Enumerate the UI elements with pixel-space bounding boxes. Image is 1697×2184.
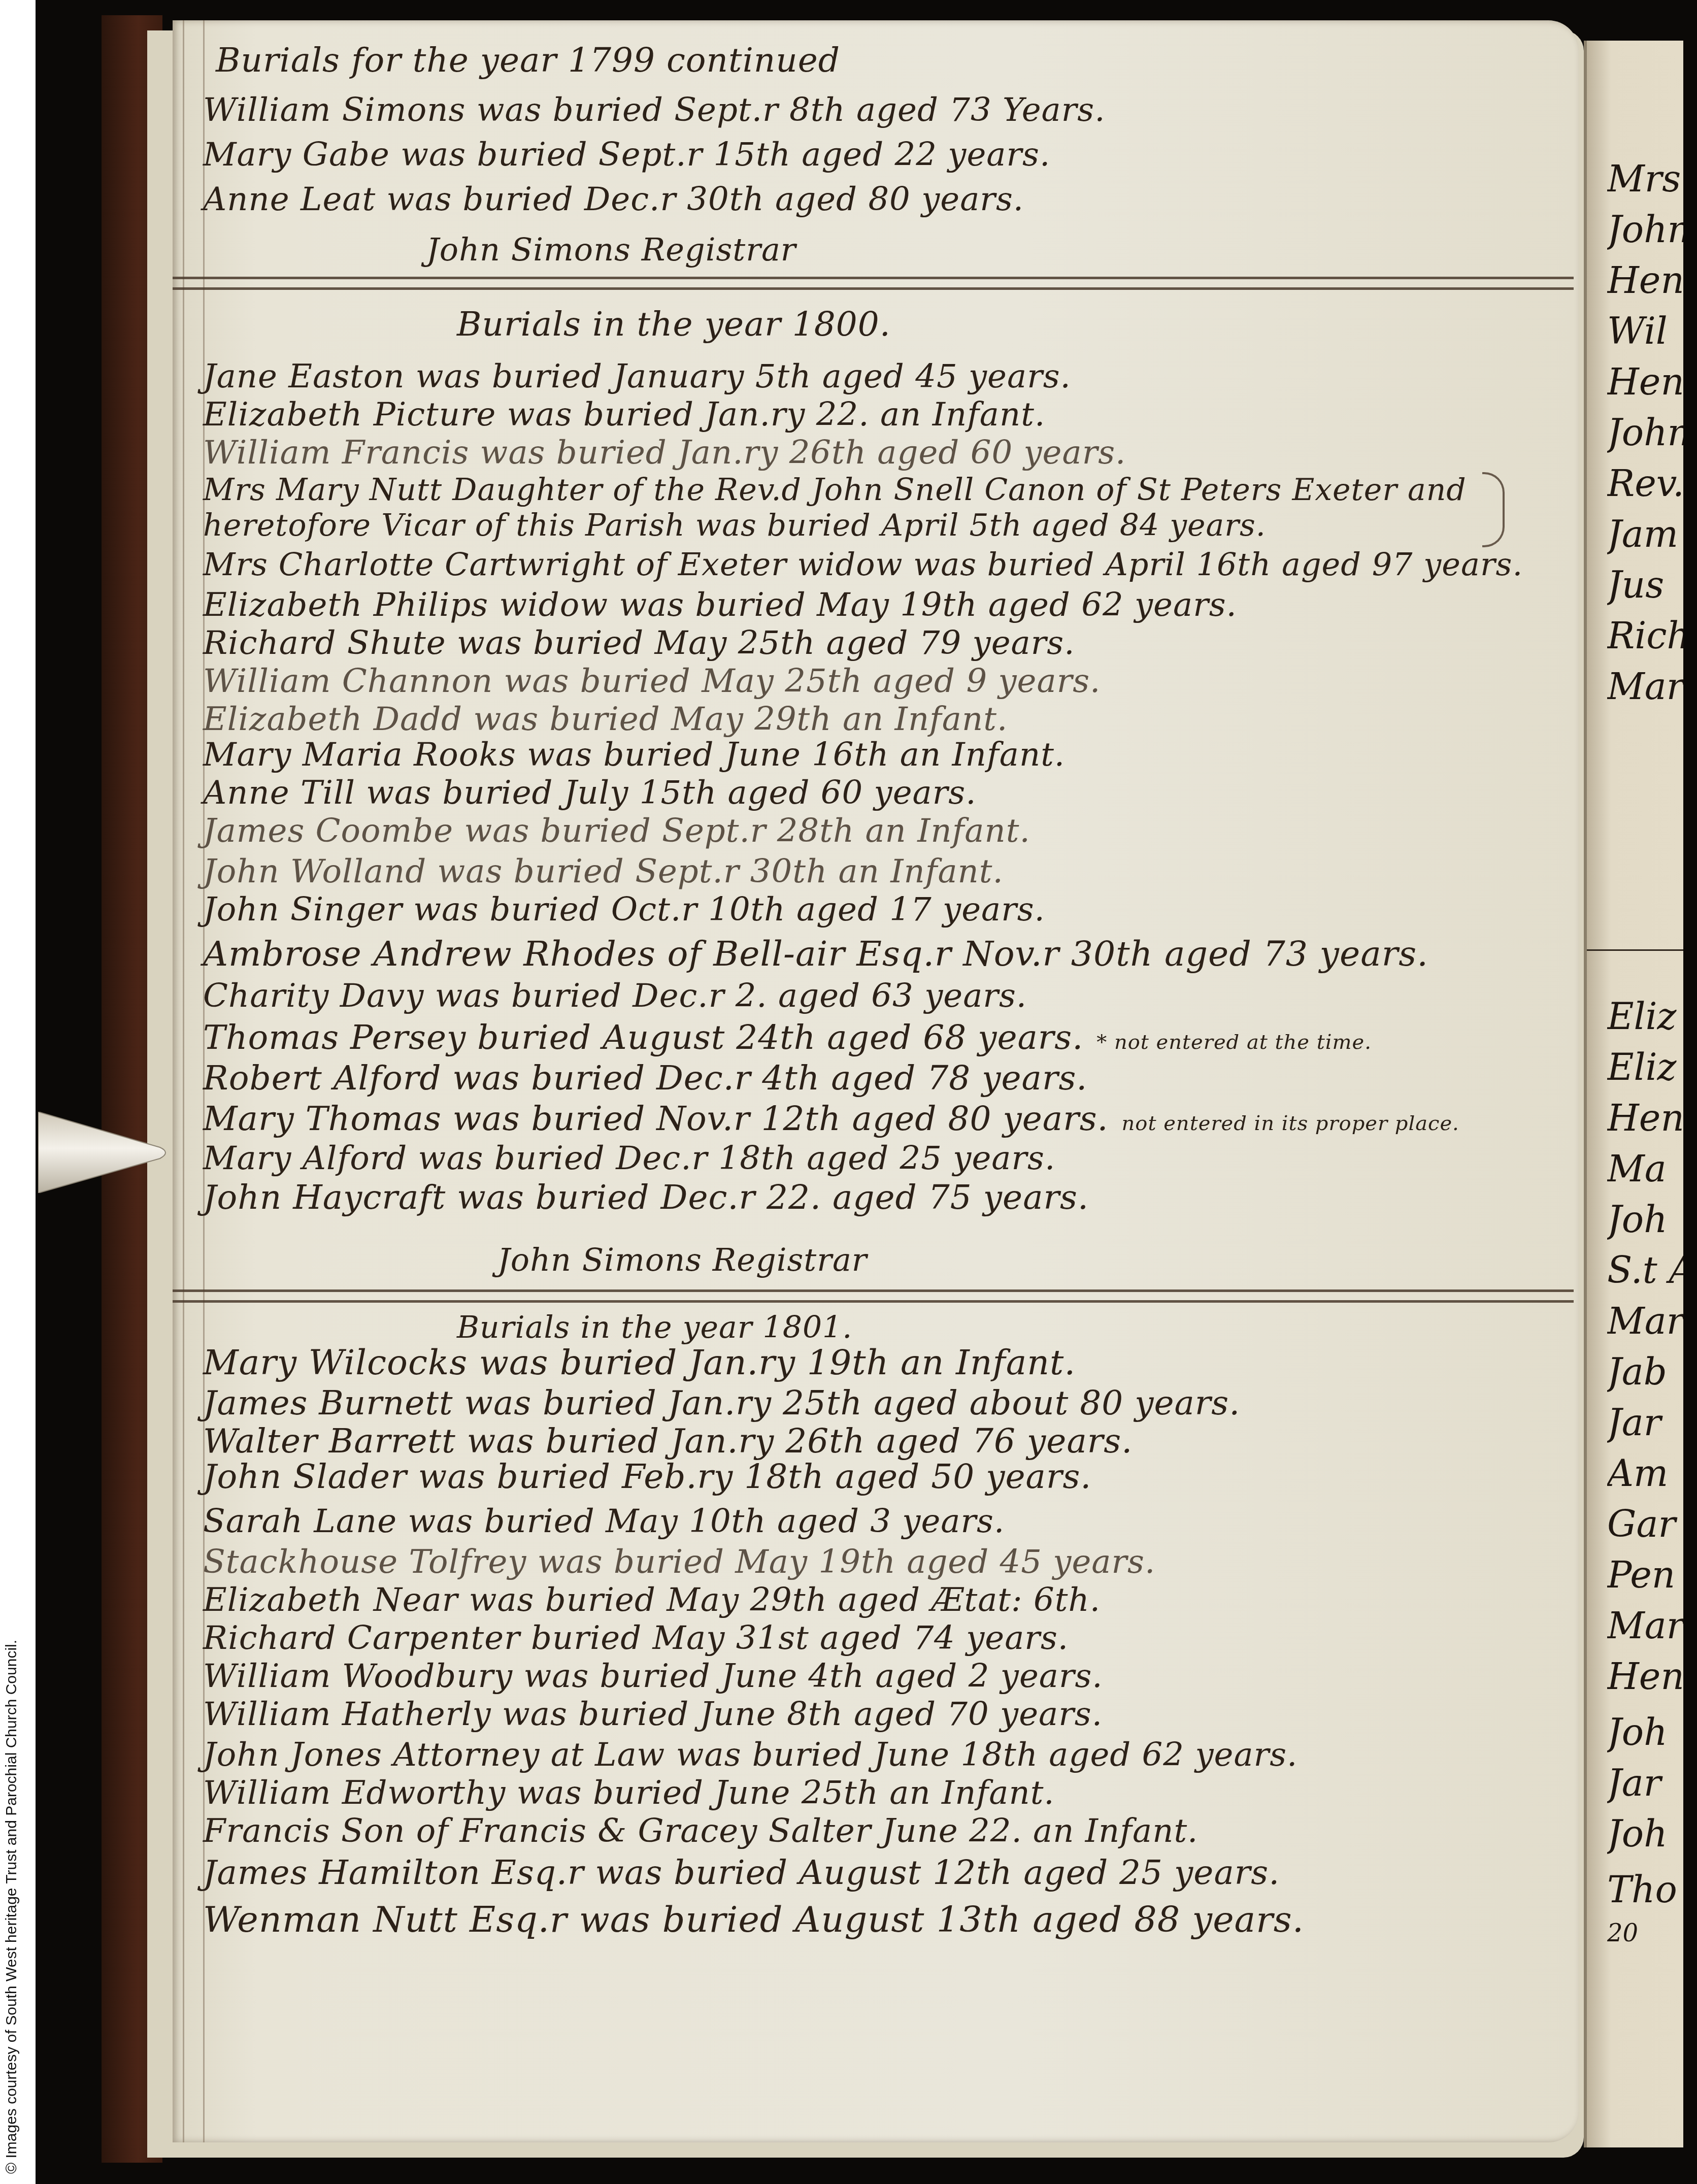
burial-entry-continued: heretofore Vicar of this Parish was buri… — [203, 508, 1266, 543]
facing-fragment: Jar — [1607, 1401, 1683, 1444]
margin-note: not entered in its proper place. — [1122, 1112, 1459, 1135]
bone-pointer-icon — [38, 1112, 170, 1193]
burial-entry: Elizabeth Near was buried May 29th aged … — [203, 1581, 1101, 1619]
burial-entry: James Coombe was buried Sept.r 28th an I… — [203, 812, 1030, 850]
section-heading-1801: Burials in the year 1801. — [457, 1310, 852, 1345]
facing-fragment: Eliz — [1607, 1046, 1683, 1088]
facing-fragment: Joh — [1607, 1812, 1683, 1855]
burial-entry: William Edworthy was buried June 25th an… — [203, 1774, 1055, 1812]
facing-fragment: Tho — [1607, 1868, 1683, 1911]
burial-entry: Walter Barrett was buried Jan.ry 26th ag… — [203, 1421, 1133, 1461]
facing-fragment: Jab — [1607, 1350, 1683, 1393]
facing-fragment: Joh — [1607, 1198, 1683, 1241]
burial-entry: John Haycraft was buried Dec.r 22. aged … — [203, 1178, 1089, 1217]
burial-entry: James Hamilton Esq.r was buried August 1… — [203, 1853, 1280, 1892]
burial-entry: Mary Wilcocks was buried Jan.ry 19th an … — [203, 1343, 1076, 1383]
burial-entry: Mary Maria Rooks was buried June 16th an… — [203, 736, 1065, 774]
burial-entry: Ambrose Andrew Rhodes of Bell-air Esq.r … — [203, 934, 1428, 974]
entry-text: Thomas Persey buried August 24th aged 68… — [203, 1018, 1083, 1057]
burial-entry: Elizabeth Picture was buried Jan.ry 22. … — [203, 396, 1045, 434]
registrar-signature: John Simons Registrar — [426, 231, 796, 268]
facing-fragment: Hen — [1607, 1655, 1683, 1698]
facing-fragment: S.t A — [1607, 1249, 1683, 1292]
facing-fragment: Mrs — [1607, 157, 1683, 200]
burial-entry: Wenman Nutt Esq.r was buried August 13th… — [203, 1899, 1304, 1940]
facing-fragment: Hen — [1607, 1097, 1683, 1139]
burial-entry: Mary Thomas was buried Nov.r 12th aged 8… — [203, 1099, 1459, 1138]
registrar-signature: John Simons Registrar — [497, 1241, 868, 1278]
section-heading-1799: Burials for the year 1799 continued — [216, 41, 840, 80]
facing-page: Mrs John Hen Wil Hen John Rev. Jam Jus R… — [1584, 41, 1683, 2147]
facing-fragment: Eliz — [1607, 995, 1683, 1038]
facing-fragment: John — [1607, 411, 1683, 454]
burial-entry: John Jones Attorney at Law was buried Ju… — [203, 1736, 1297, 1774]
facing-fragment: Rev. — [1607, 462, 1683, 505]
burial-entry: Thomas Persey buried August 24th aged 68… — [203, 1018, 1372, 1057]
burial-entry: Richard Shute was buried May 25th aged 7… — [203, 624, 1075, 662]
margin-note: * not entered at the time. — [1096, 1031, 1372, 1054]
facing-fragment: Jar — [1607, 1762, 1683, 1804]
burial-entry: Mrs Charlotte Cartwright of Exeter widow… — [203, 546, 1523, 583]
facing-fragment: Wil — [1607, 310, 1683, 352]
facing-fragment: Rich — [1607, 614, 1683, 657]
facing-divider — [1587, 949, 1683, 951]
burial-entry: William Simons was buried Sept.r 8th age… — [203, 91, 1106, 129]
entry-bracket — [1482, 472, 1505, 547]
burial-entry: William Hatherly was buried June 8th age… — [203, 1696, 1103, 1733]
credit-strip: © Images courtesy of South West heritage… — [0, 0, 36, 2184]
facing-fragment: John — [1607, 208, 1683, 251]
burial-entry: William Channon was buried May 25th aged… — [203, 663, 1101, 700]
facing-fragment: Joh — [1607, 1711, 1683, 1753]
facing-fragment: 20 — [1607, 1919, 1683, 1947]
facing-fragment: Hen — [1607, 259, 1683, 302]
image-credit: © Images courtesy of South West heritage… — [3, 1159, 20, 2174]
facing-fragment: Mar — [1607, 665, 1683, 708]
burial-entry: Anne Till was buried July 15th aged 60 y… — [203, 774, 977, 812]
burial-entry: John Wolland was buried Sept.r 30th an I… — [203, 853, 1004, 890]
burial-entry: Anne Leat was buried Dec.r 30th aged 80 … — [203, 181, 1024, 218]
facing-fragment: Jam — [1607, 513, 1683, 555]
facing-fragment: Jus — [1607, 564, 1683, 606]
burial-entry: William Woodbury was buried June 4th age… — [203, 1658, 1103, 1695]
burial-entry: Robert Alford was buried Dec.r 4th aged … — [203, 1058, 1087, 1098]
burial-entry: James Burnett was buried Jan.ry 25th age… — [203, 1383, 1240, 1422]
facing-fragment: Hen — [1607, 360, 1683, 403]
margin-rule — [183, 20, 184, 2142]
facing-fragment: Mar — [1607, 1604, 1683, 1647]
burial-entry: Mrs Mary Nutt Daughter of the Rev.d John… — [203, 472, 1467, 508]
burial-entry: John Singer was buried Oct.r 10th aged 1… — [203, 891, 1045, 929]
burial-entry: Francis Son of Francis & Gracey Salter J… — [203, 1812, 1198, 1850]
burial-entry: John Slader was buried Feb.ry 18th aged … — [203, 1457, 1091, 1496]
burial-entry: Charity Davy was buried Dec.r 2. aged 63… — [203, 977, 1027, 1015]
burial-entry: Elizabeth Philips widow was buried May 1… — [203, 586, 1237, 624]
section-divider — [173, 277, 1574, 290]
burial-entry: Richard Carpenter buried May 31st aged 7… — [203, 1619, 1069, 1657]
register-page: Burials for the year 1799 continued Will… — [173, 20, 1579, 2142]
facing-fragment: Mar — [1607, 1300, 1683, 1342]
burial-entry: William Francis was buried Jan.ry 26th a… — [203, 434, 1126, 472]
facing-fragment: Gar — [1607, 1503, 1683, 1545]
facing-fragment: Am — [1607, 1452, 1683, 1495]
section-divider — [173, 1289, 1574, 1303]
burial-entry: Sarah Lane was buried May 10th aged 3 ye… — [203, 1503, 1005, 1540]
burial-entry: Jane Easton was buried January 5th aged … — [203, 358, 1071, 395]
burial-entry: Mary Alford was buried Dec.r 18th aged 2… — [203, 1140, 1055, 1177]
burial-entry: Mary Gabe was buried Sept.r 15th aged 22… — [203, 136, 1050, 174]
burial-entry: Elizabeth Dadd was buried May 29th an In… — [203, 701, 1008, 738]
facing-fragment: Pen — [1607, 1553, 1683, 1596]
section-heading-1800: Burials in the year 1800. — [457, 305, 891, 344]
entry-text: Mary Thomas was buried Nov.r 12th aged 8… — [203, 1099, 1109, 1138]
facing-fragment: Ma — [1607, 1147, 1683, 1190]
burial-entry: Stackhouse Tolfrey was buried May 19th a… — [203, 1543, 1155, 1581]
